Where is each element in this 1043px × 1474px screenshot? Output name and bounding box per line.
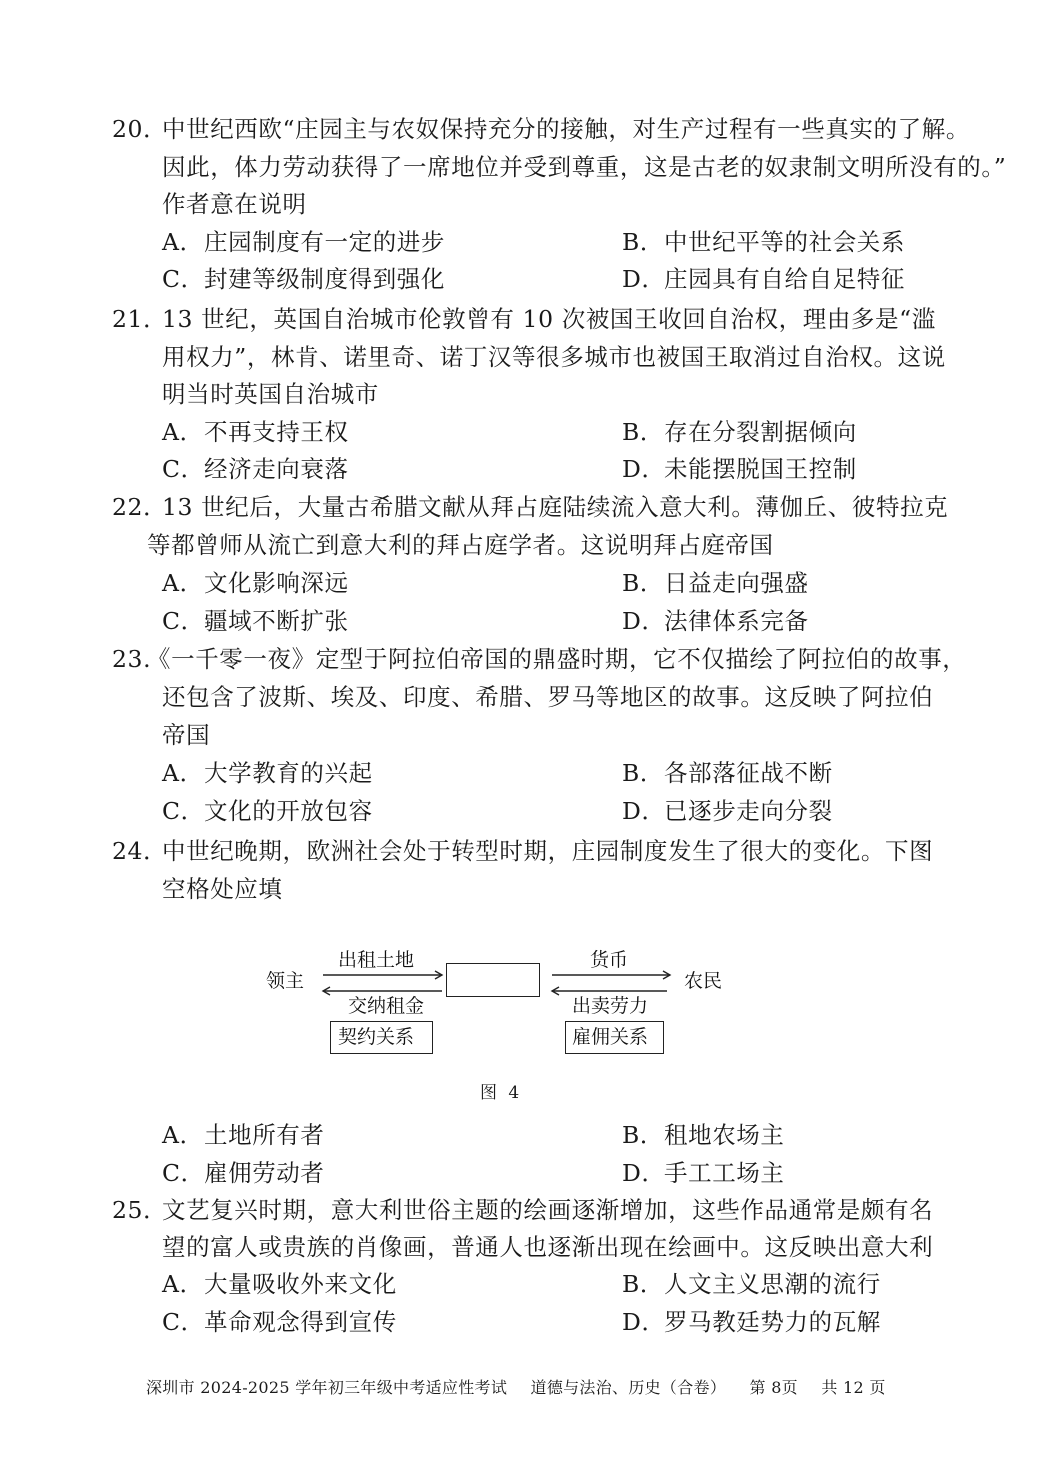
question-number: 24． (112, 836, 167, 866)
question-number: 21． (112, 304, 167, 334)
diagram-relation-box-right: 雇佣关系 (565, 1021, 664, 1054)
diagram-left-party: 领主 (266, 970, 304, 992)
option-d[interactable]: D．已逐步走向分裂 (622, 796, 833, 826)
option-c[interactable]: C．雇佣劳动者 (162, 1158, 325, 1188)
footer-page-number: 第 8页 (750, 1378, 798, 1397)
footer-total-pages: 共 12 页 (821, 1378, 885, 1397)
question-number: 25． (112, 1195, 167, 1225)
option-c[interactable]: C．经济走向衰落 (162, 454, 349, 484)
option-a[interactable]: A．文化影响深远 (162, 568, 349, 598)
option-c[interactable]: C．文化的开放包容 (162, 796, 373, 826)
option-a[interactable]: A．土地所有者 (162, 1120, 325, 1150)
question-stem-line: 文艺复兴时期，意大利世俗主题的绘画逐渐增加，这些作品通常是颇有名 (162, 1195, 933, 1225)
diagram-arrow-label: 货币 (590, 949, 628, 971)
option-b[interactable]: B．日益走向强盛 (622, 568, 809, 598)
question-stem-line: 中世纪西欧“庄园主与农奴保持充分的接触，对生产过程有一些真实的了解。 (162, 114, 970, 144)
diagram-relation-box-left: 契约关系 (330, 1021, 433, 1054)
question-number: 22． (112, 492, 167, 522)
diagram-arrow-label: 出卖劳力 (572, 995, 648, 1017)
option-b[interactable]: B．存在分裂割据倾向 (622, 417, 857, 447)
question-stem-line: 空格处应填 (162, 874, 283, 904)
question-stem-line: 帝国 (162, 720, 210, 750)
question-stem-line: 望的富人或贵族的肖像画，普通人也逐渐出现在绘画中。这反映出意大利 (162, 1232, 933, 1262)
option-a[interactable]: A．大量吸收外来文化 (162, 1269, 397, 1299)
option-d[interactable]: D．罗马教廷势力的瓦解 (622, 1307, 881, 1337)
question-stem-line: 13 世纪，英国自治城市伦敦曾有 10 次被国王收回自治权，理由多是“滥 (162, 304, 936, 334)
question-number: 23. (112, 644, 151, 674)
question-stem-line: 中世纪晚期，欧洲社会处于转型时期，庄园制度发生了很大的变化。下图 (162, 836, 933, 866)
option-a[interactable]: A．大学教育的兴起 (162, 758, 373, 788)
diagram-right-party: 农民 (684, 970, 722, 992)
footer-subject: 道德与法治、历史（合卷） (531, 1378, 727, 1397)
figure-caption: 图 4 (480, 1078, 522, 1103)
question-stem-line: 作者意在说明 (162, 189, 307, 219)
diagram-arrow-label: 出租土地 (338, 949, 414, 971)
option-b[interactable]: B．各部落征战不断 (622, 758, 833, 788)
option-a[interactable]: A．不再支持王权 (162, 417, 349, 447)
footer-exam-title: 深圳市 2024-2025 学年初三年级中考适应性考试 (146, 1378, 507, 1397)
option-a[interactable]: A．庄园制度有一定的进步 (162, 227, 445, 257)
question-stem-line: 等都曾师从流亡到意大利的拜占庭学者。这说明拜占庭帝国 (147, 530, 774, 560)
option-c[interactable]: C．疆域不断扩张 (162, 606, 349, 636)
question-stem-line: 用权力”，林肯、诺里奇、诺丁汉等很多城市也被国王取消过自治权。这说 (162, 342, 946, 372)
option-b[interactable]: B．中世纪平等的社会关系 (622, 227, 905, 257)
question-stem-line: 还包含了波斯、埃及、印度、希腊、罗马等地区的故事。这反映了阿拉伯 (162, 682, 933, 712)
diagram-arrow-label: 交纳租金 (348, 995, 424, 1017)
question-number: 20． (112, 114, 167, 144)
option-d[interactable]: D．未能摆脱国王控制 (622, 454, 857, 484)
question-stem-line: 因此，体力劳动获得了一席地位并受到尊重，这是古老的奴隶制文明所没有的。” (162, 152, 1006, 182)
question-stem-line: 《一千零一夜》定型于阿拉伯帝国的鼎盛时期，它不仅描绘了阿拉伯的故事， (147, 644, 966, 674)
diagram-blank-box (446, 963, 540, 997)
option-c[interactable]: C．封建等级制度得到强化 (162, 264, 445, 294)
question-stem-line: 明当时英国自治城市 (162, 379, 379, 409)
option-d[interactable]: D．手工工场主 (622, 1158, 785, 1188)
option-b[interactable]: B．租地农场主 (622, 1120, 785, 1150)
option-c[interactable]: C．革命观念得到宣传 (162, 1307, 397, 1337)
option-d[interactable]: D．庄园具有自给自足特征 (622, 264, 905, 294)
option-d[interactable]: D．法律体系完备 (622, 606, 809, 636)
question-stem-line: 13 世纪后，大量古希腊文献从拜占庭陆续流入意大利。薄伽丘、彼特拉克 (162, 492, 948, 522)
option-b[interactable]: B．人文主义思潮的流行 (622, 1269, 881, 1299)
page-footer: 深圳市 2024-2025 学年初三年级中考适应性考试 道德与法治、历史（合卷）… (146, 1375, 904, 1398)
